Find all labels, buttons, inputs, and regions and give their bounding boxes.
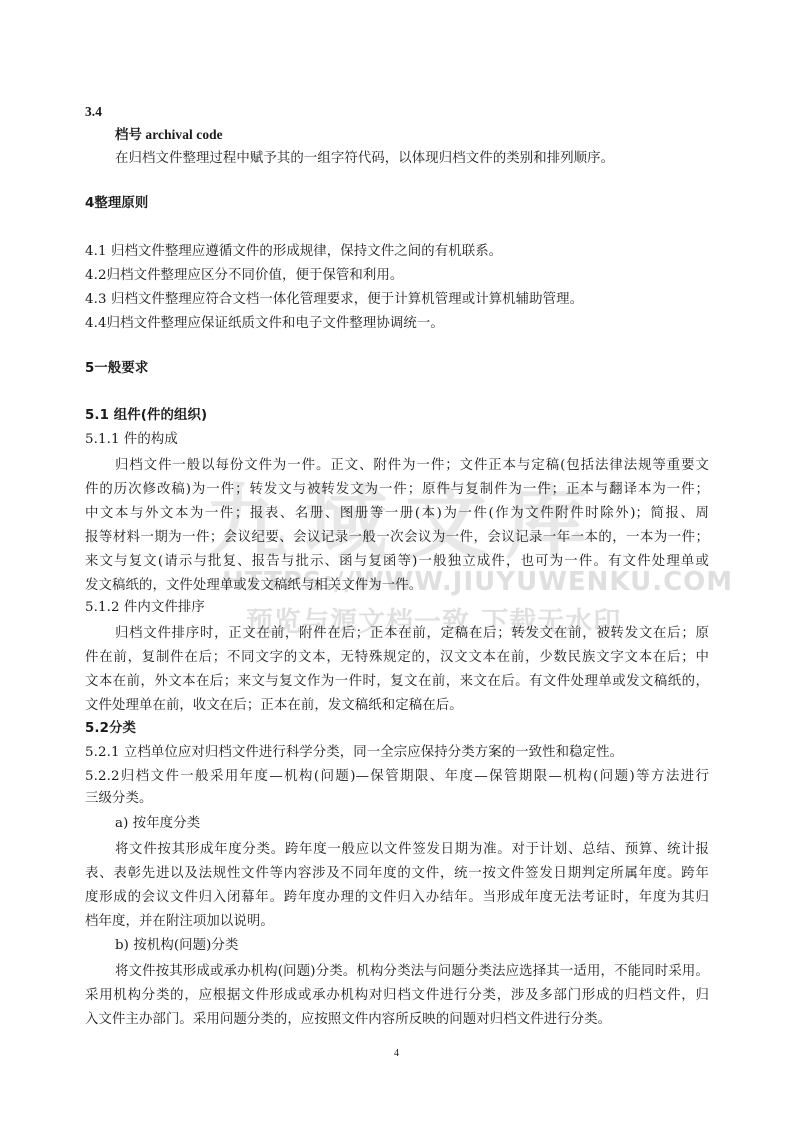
paragraph-line: 表、表彰先进以及法规性文件等内容涉及不同年度的文件，统一按文件签发日期判定所属年… bbox=[85, 866, 709, 882]
paragraph-line: 档年度，并在附注项加以说明。 bbox=[85, 914, 274, 930]
list-item-label: a) 按年度分类 bbox=[115, 816, 200, 832]
section-number: 3.4 bbox=[85, 104, 102, 120]
paragraph-line: 归档文件排序时，正文在前，附件在后；正本在前，定稿在后；转发文在前，被转发文在后… bbox=[115, 626, 709, 642]
list-item-label: b) 按机构(问题)分类 bbox=[115, 938, 238, 954]
paragraph-line: 归档文件一般以每份文件为一件。正文、附件为一件；文件正本与定稿(包括法律法规等重… bbox=[115, 458, 709, 474]
paragraph-line: 将文件按其形成年度分类。跨年度一般应以文件签发日期为准。对于计划、总结、预算、统… bbox=[115, 842, 709, 858]
paragraph-line: 文件处理单在前，收文在后；正本在前，发文稿纸和定稿在后。 bbox=[85, 698, 463, 714]
clause-text: 5.2.1 立档单位应对归档文件进行科学分类，同一全宗应保持分类方案的一致性和稳… bbox=[85, 745, 623, 761]
principle-item: 4.2归档文件整理应区分不同价值，便于保管和利用。 bbox=[85, 268, 403, 284]
paragraph-line: 将文件按其形成或承办机构(问题)分类。机构分类法与问题分类法应选择其一适用，不能… bbox=[115, 964, 709, 980]
paragraph-line: 件的历次修改稿)为一件；转发文与被转发文为一件；原件与复制件为一件；正本与翻译本… bbox=[85, 482, 709, 498]
paragraph-line: 采用机构分类的，应根据文件形成或承办机构对归档文件进行分类，涉及多部门形成的归档… bbox=[85, 988, 709, 1004]
paragraph-line: 文本在前，外文本在后；来文与复文作为一件时，复文在前，来文在后。有文件处理单或发… bbox=[85, 674, 709, 690]
paragraph-line: 来文与复文(请示与批复、报告与批示、函与复函等)一般独立成件，也可为一件。有文件… bbox=[85, 554, 709, 570]
principle-item: 4.1 归档文件整理应遵循文件的形成规律，保持文件之间的有机联系。 bbox=[85, 244, 502, 260]
subsection-heading: 5.2分类 bbox=[85, 721, 136, 737]
paragraph-line: 中文本与外文本为一件；报表、名册、图册等一册(本)为一件(作为文件附件时除外)；… bbox=[85, 506, 709, 522]
clause-heading: 5.1.2 件内文件排序 bbox=[85, 600, 205, 616]
clause-text: 三级分类。 bbox=[85, 791, 152, 807]
paragraph-line: 件在前，复制件在后；不同文字的文本，无特殊规定的，汉文文本在前，少数民族文字文本… bbox=[85, 650, 709, 666]
paragraph-line: 发文稿纸的，文件处理单或发文稿纸与相关文件为一件。 bbox=[85, 578, 422, 594]
term-heading: 档号 archival code bbox=[115, 127, 223, 143]
paragraph-line: 度形成的会议文件归入闭幕年。跨年度办理的文件归入办结年。当形成年度无法考证时，年… bbox=[85, 890, 709, 906]
paragraph-line: 入文件主办部门。采用问题分类的，应按照文件内容所反映的问题对归档文件进行分类。 bbox=[85, 1012, 611, 1028]
section-heading: 4整理原则 bbox=[85, 196, 148, 212]
principle-item: 4.3 归档文件整理应符合文档一体化管理要求，便于计算机管理或计算机辅助管理。 bbox=[85, 292, 583, 308]
page-number: 4 bbox=[0, 1048, 793, 1059]
subsection-heading: 5.1 组件(件的组织) bbox=[85, 408, 207, 424]
document-page: 九域文库 HTTPS://WWW.JIUYUWENKU.COM 预览与源文档一致… bbox=[0, 0, 793, 1122]
term-definition: 在归档文件整理过程中赋予其的一组字符代码，以体现归档文件的类别和排列顺序。 bbox=[115, 151, 614, 167]
clause-text: 5.2.2归档文件一般采用年度—机构(问题)—保管期限、年度—保管期限—机构(问… bbox=[85, 769, 709, 785]
clause-heading: 5.1.1 件的构成 bbox=[85, 432, 178, 448]
paragraph-line: 报等材料一期为一件；会议纪要、会议记录一般一次会议为一件，会议记录一年一本的，一… bbox=[85, 530, 709, 546]
principle-item: 4.4归档文件整理应保证纸质文件和电子文件整理协调统一。 bbox=[85, 316, 444, 332]
section-heading: 5一般要求 bbox=[85, 361, 148, 377]
